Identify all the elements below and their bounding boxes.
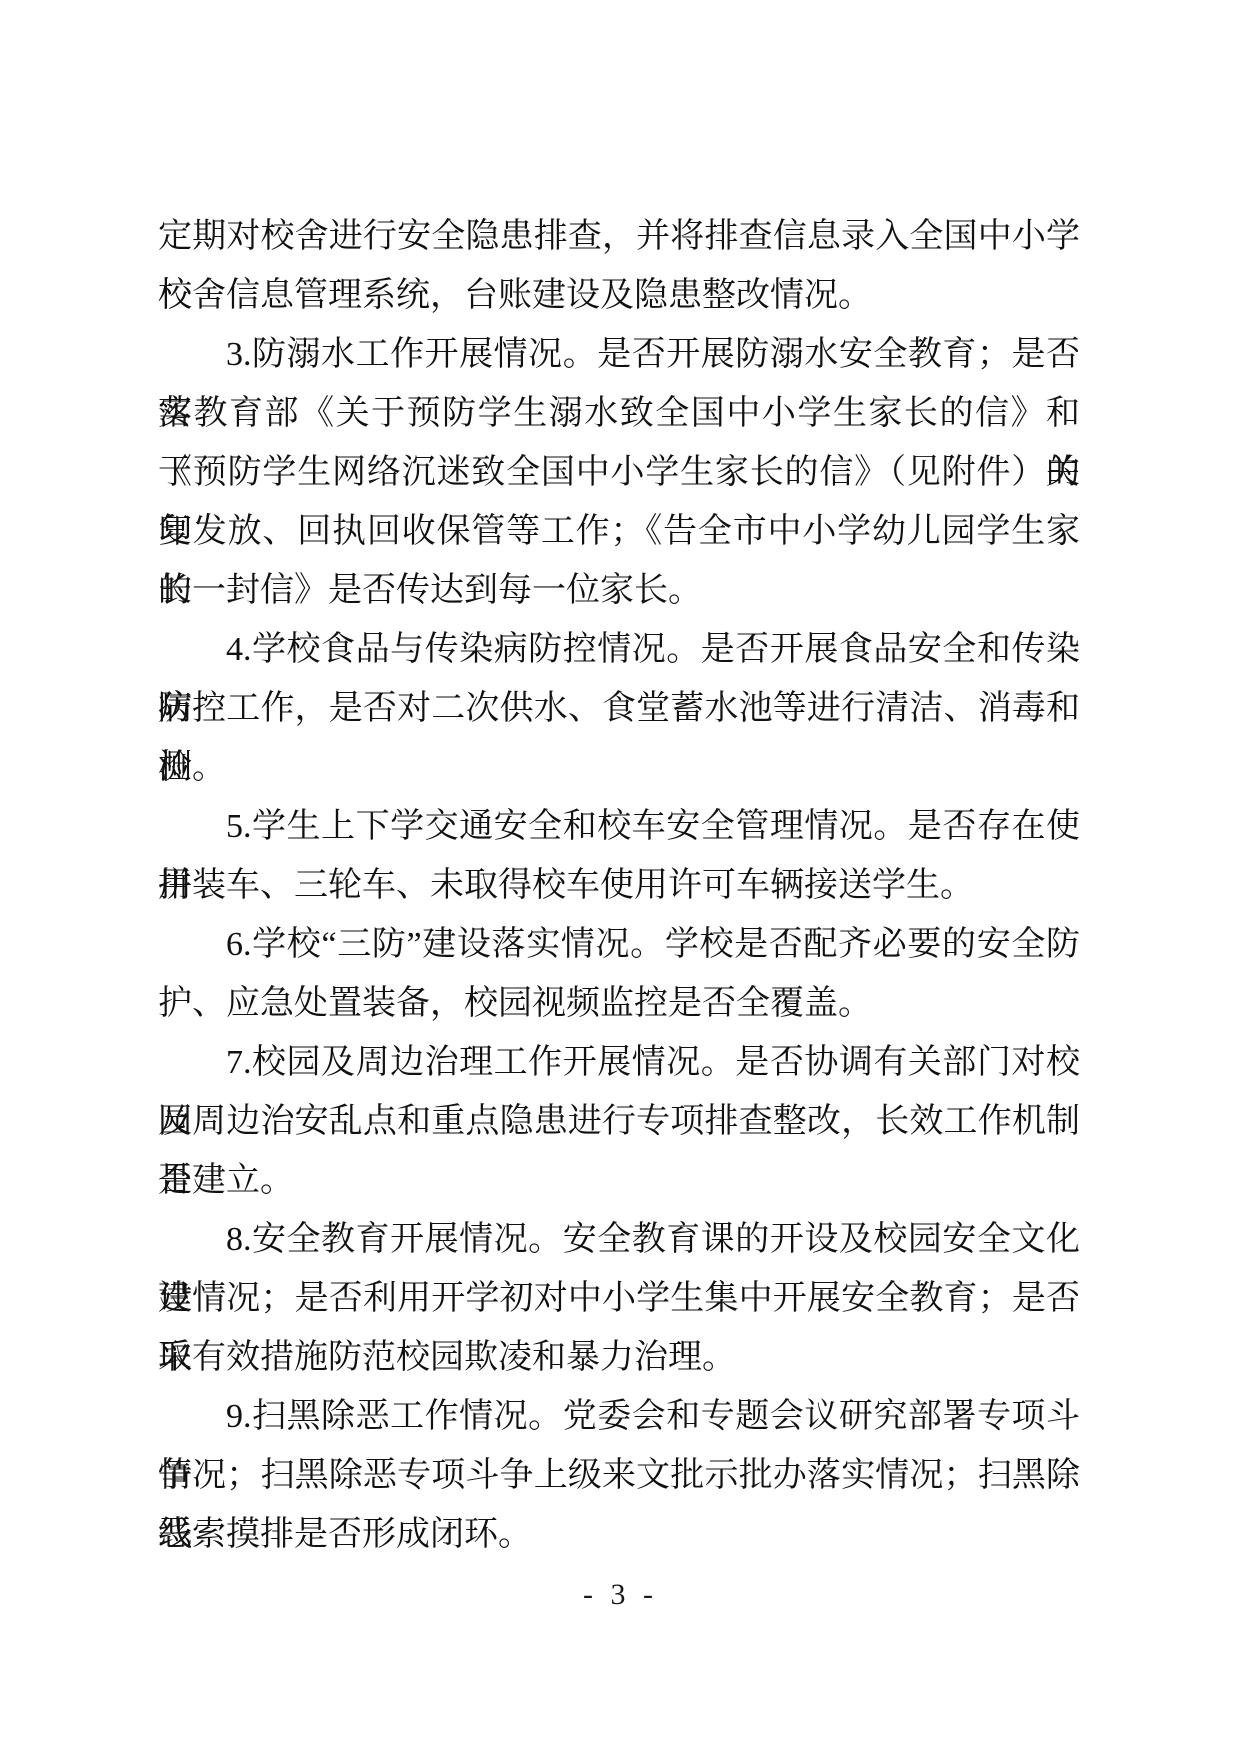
text-line: 8.安全教育开展情况。安全教育课的开设及校园安全文化建 [158, 1210, 1080, 1269]
text-line: 7.校园及周边治理工作开展情况。是否协调有关部门对校园 [158, 1033, 1080, 1092]
page-number: - 3 - [0, 1578, 1241, 1612]
text-line: 设情况；是否利用开学初对中小学生集中开展安全教育；是否采 [158, 1269, 1080, 1328]
text-line: 印发放、回执回收保管等工作；《告全市中小学幼儿园学生家长 [158, 502, 1080, 561]
text-line: 及周边治安乱点和重点隐患进行专项排查整改，长效工作机制是 [158, 1092, 1080, 1151]
text-line: 线索摸排是否形成闭环。 [158, 1505, 1080, 1564]
text-line: 6.学校“三防”建设落实情况。学校是否配齐必要的安全防 [158, 915, 1080, 974]
text-line: 校舍信息管理系统，台账建设及隐患整改情况。 [158, 266, 1080, 325]
document-body: 定期对校舍进行安全隐患排查，并将排查信息录入全国中小学校校舍信息管理系统，台账建… [158, 207, 1080, 1564]
text-line: 3.防溺水工作开展情况。是否开展防溺水安全教育；是否落 [158, 325, 1080, 384]
text-line: 取有效措施防范校园欺凌和暴力治理。 [158, 1328, 1080, 1387]
text-line: 的一封信》是否传达到每一位家长。 [158, 561, 1080, 620]
text-line: 于预防学生网络沉迷致全国中小学生家长的信》（见附件）的复 [158, 443, 1080, 502]
text-line: 测。 [158, 738, 1080, 797]
document-page: 定期对校舍进行安全隐患排查，并将排查信息录入全国中小学校校舍信息管理系统，台账建… [0, 0, 1241, 1754]
text-line: 拼装车、三轮车、未取得校车使用许可车辆接送学生。 [158, 856, 1080, 915]
text-line: 9.扫黑除恶工作情况。党委会和专题会议研究部署专项斗争 [158, 1387, 1080, 1446]
text-line: 实教育部《关于预防学生溺水致全国中小学生家长的信》和《关 [158, 384, 1080, 443]
text-line: 5.学生上下学交通安全和校车安全管理情况。是否存在使用 [158, 797, 1080, 856]
text-line: 防控工作，是否对二次供水、食堂蓄水池等进行清洁、消毒和检 [158, 679, 1080, 738]
text-line: 否建立。 [158, 1151, 1080, 1210]
text-line: 情况；扫黑除恶专项斗争上级来文批示批办落实情况；扫黑除恶 [158, 1446, 1080, 1505]
text-line: 4.学校食品与传染病防控情况。是否开展食品安全和传染病 [158, 620, 1080, 679]
text-line: 护、应急处置装备，校园视频监控是否全覆盖。 [158, 974, 1080, 1033]
text-line: 定期对校舍进行安全隐患排查，并将排查信息录入全国中小学校 [158, 207, 1080, 266]
